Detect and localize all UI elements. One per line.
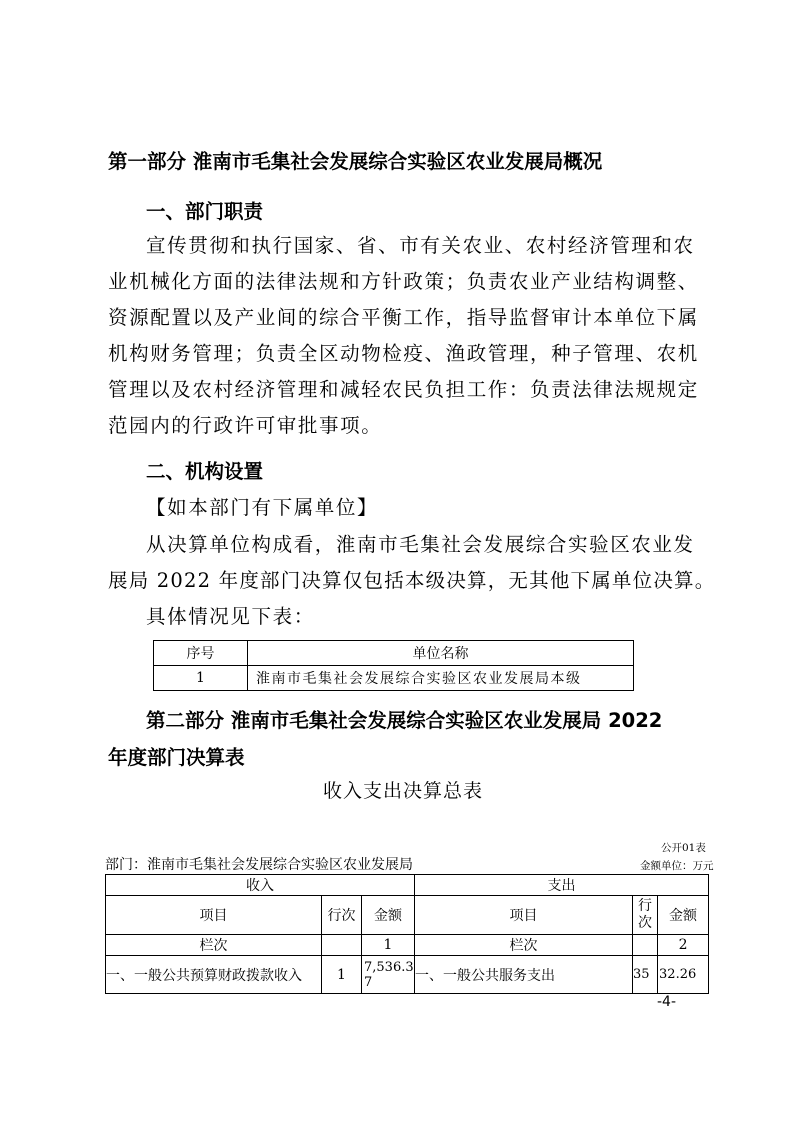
income-row-header: 行次 bbox=[322, 896, 362, 935]
subordinate-note: 【如本部门有下属单位】 bbox=[146, 492, 378, 520]
section2-heading: 二、机构设置 bbox=[146, 456, 263, 484]
column-number-row: 栏次 1 栏次 2 bbox=[106, 935, 709, 956]
income-item-header: 项目 bbox=[106, 896, 322, 935]
income-amount-header: 金额 bbox=[362, 896, 415, 935]
income-lanci-label: 栏次 bbox=[106, 935, 322, 956]
expense-amount-header: 金额 bbox=[658, 896, 709, 935]
page-number: -4- bbox=[657, 994, 676, 1010]
income-header: 收入 bbox=[106, 875, 415, 896]
part2-title-line1: 第二部分 淮南市毛集社会发展综合实验区农业发展局 2022 bbox=[146, 705, 662, 733]
paragraph-line: 管理以及农村经济管理和减轻农民负担工作：负责法律法规规定 bbox=[108, 374, 699, 402]
income-expense-summary-table: 收入 支出 项目 行次 金额 项目 行次 金额 栏次 1 栏次 2 一、一般公共… bbox=[105, 874, 709, 994]
header-cell-unit-name: 单位名称 bbox=[248, 641, 634, 666]
expense-item: 一、一般公共服务支出 bbox=[415, 956, 633, 994]
expense-row-number: 35 bbox=[633, 956, 658, 994]
expense-lanci-label: 栏次 bbox=[415, 935, 633, 956]
paragraph-line: 范园内的行政许可审批事项。 bbox=[108, 410, 382, 438]
table-title: 收入支出决算总表 bbox=[323, 776, 483, 803]
empty-cell bbox=[322, 935, 362, 956]
paragraph-line: 资源配置以及产业间的综合平衡工作，指导监督审计本单位下属 bbox=[108, 302, 699, 330]
department-label: 部门：淮南市毛集社会发展综合实验区农业发展局 bbox=[105, 854, 413, 874]
paragraph-line: 具体情况见下表： bbox=[146, 601, 315, 629]
table-row: 一、一般公共预算财政拨款收入 1 7,536.37 一、一般公共服务支出 35 … bbox=[106, 956, 709, 994]
paragraph-line: 从决算单位构成看，淮南市毛集社会发展综合实验区农业发 bbox=[146, 529, 695, 557]
empty-cell bbox=[633, 935, 658, 956]
column-header-row: 项目 行次 金额 项目 行次 金额 bbox=[106, 896, 709, 935]
expense-amount: 32.26 bbox=[658, 956, 709, 994]
paragraph-line: 机构财务管理；负责全区动物检疫、渔政管理，种子管理、农机 bbox=[108, 338, 699, 366]
header-cell-index: 序号 bbox=[154, 641, 248, 666]
cell-unit-name: 淮南市毛集社会发展综合实验区农业发展局本级 bbox=[248, 666, 634, 691]
part2-title-line2: 年度部门决算表 bbox=[108, 742, 245, 770]
section1-heading: 一、部门职责 bbox=[146, 196, 263, 224]
unit-list-table: 序号 单位名称 1 淮南市毛集社会发展综合实验区农业发展局本级 bbox=[153, 640, 634, 691]
expense-column-number: 2 bbox=[658, 935, 709, 956]
income-amount: 7,536.37 bbox=[362, 956, 415, 994]
paragraph-line: 展局 2022 年度部门决算仅包括本级决算，无其他下属单位决算。 bbox=[108, 565, 715, 593]
paragraph-line: 宣传贯彻和执行国家、省、市有关农业、农村经济管理和农 bbox=[146, 230, 695, 258]
amount-unit: 金额单位：万元 bbox=[640, 858, 714, 873]
expense-item-header: 项目 bbox=[415, 896, 633, 935]
expense-row-header: 行次 bbox=[633, 896, 658, 935]
table-header-row: 序号 单位名称 bbox=[154, 641, 634, 666]
part1-title: 第一部分 淮南市毛集社会发展综合实验区农业发展局概况 bbox=[108, 146, 602, 174]
table-row: 1 淮南市毛集社会发展综合实验区农业发展局本级 bbox=[154, 666, 634, 691]
form-code: 公开01表 bbox=[661, 840, 706, 855]
income-item: 一、一般公共预算财政拨款收入 bbox=[106, 956, 322, 994]
expense-header: 支出 bbox=[415, 875, 709, 896]
cell-index: 1 bbox=[154, 666, 248, 691]
paragraph-line: 业机械化方面的法律法规和方针政策；负责农业产业结构调整、 bbox=[108, 266, 699, 294]
income-column-number: 1 bbox=[362, 935, 415, 956]
income-row-number: 1 bbox=[322, 956, 362, 994]
group-header-row: 收入 支出 bbox=[106, 875, 709, 896]
